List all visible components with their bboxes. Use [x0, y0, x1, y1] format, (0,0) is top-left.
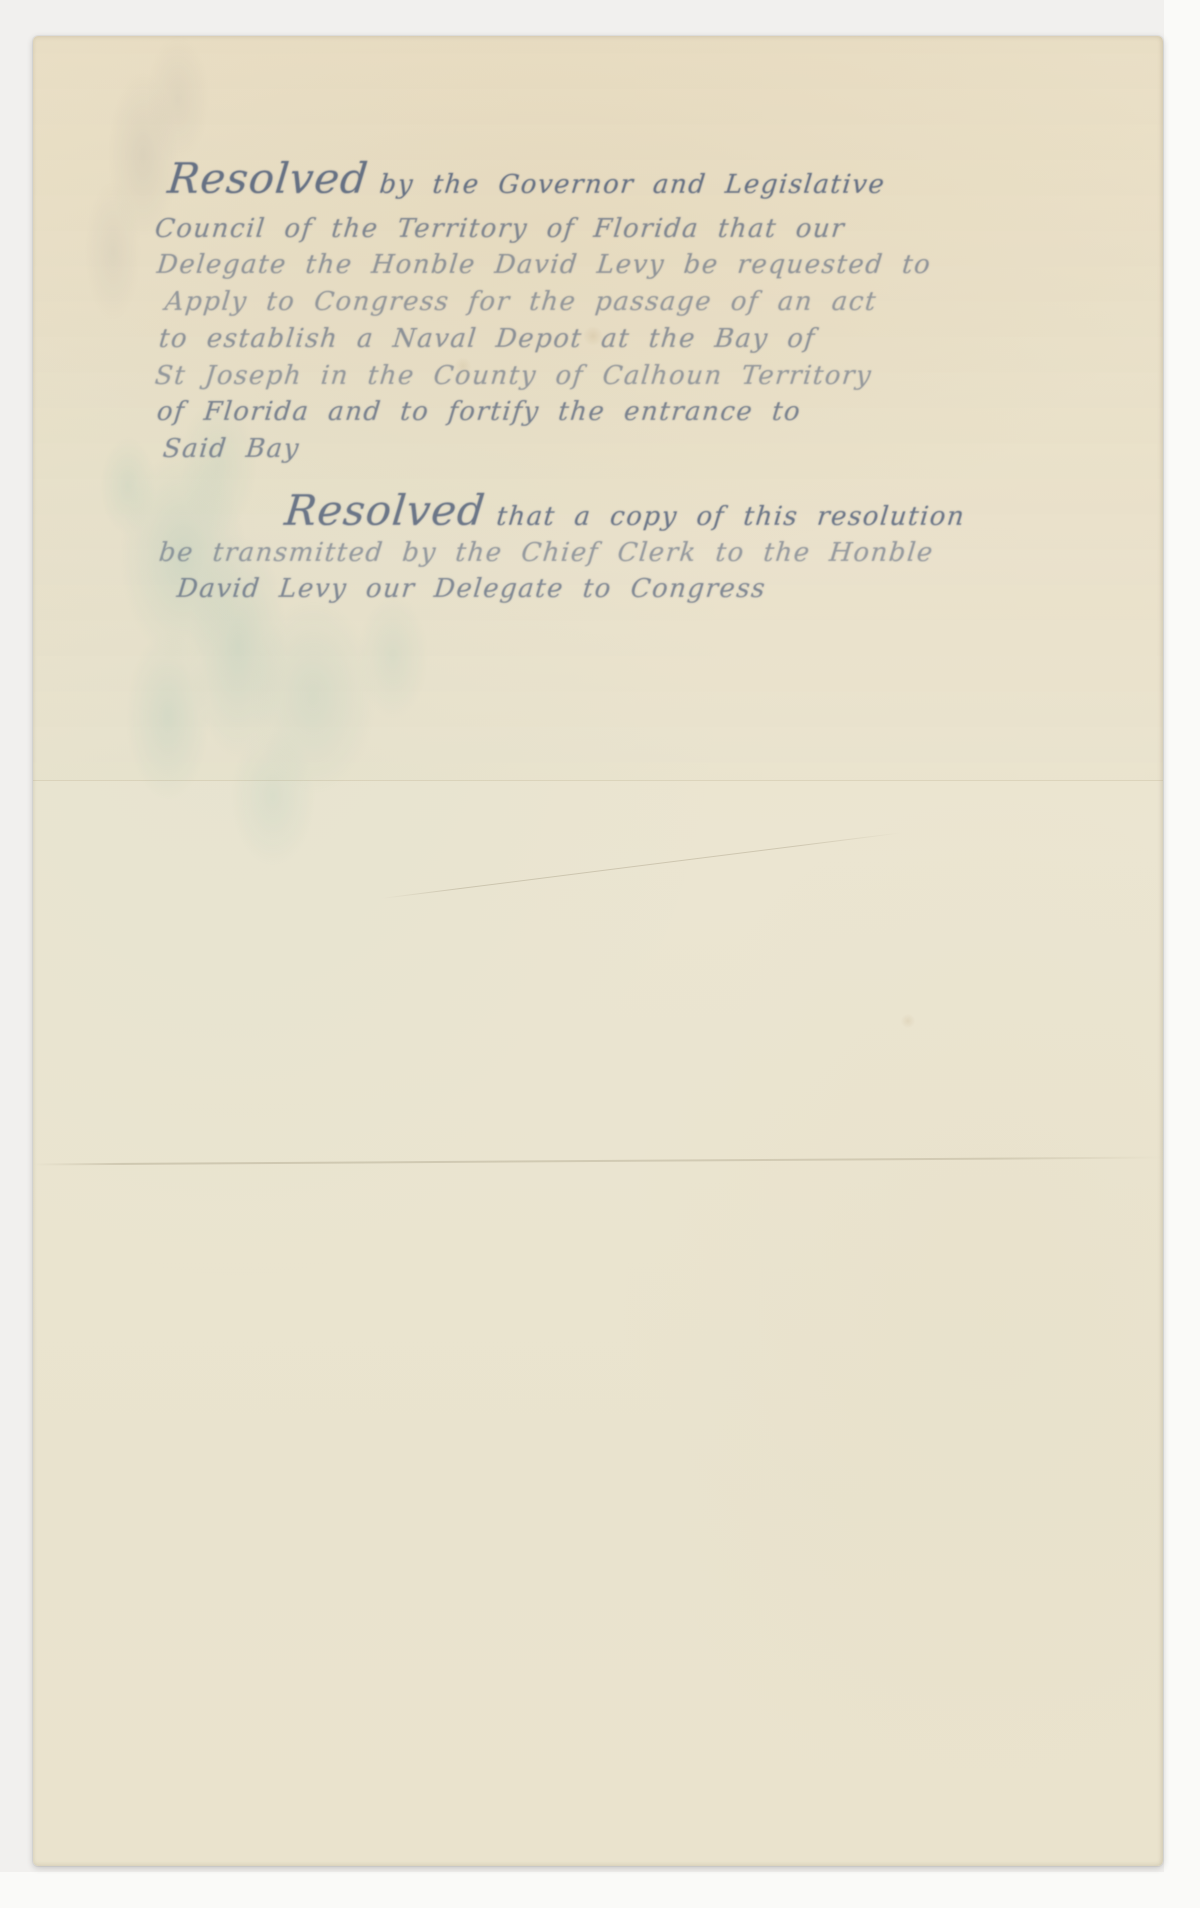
handwriting-line: David Levy our Delegate to Congress	[175, 574, 767, 604]
handwriting-line: Council of the Territory of Florida that…	[153, 214, 846, 244]
handwriting-line: Apply to Congress for the passage of an …	[163, 287, 878, 317]
handwriting-line: to establish a Naval Depot at the Bay of	[157, 324, 817, 354]
handwriting-lead-word: Resolved	[282, 486, 487, 535]
scan-backing-right	[1164, 0, 1200, 1908]
handwriting-line: Resolvedby the Governor and Legislative	[165, 154, 888, 203]
handwriting-lead-word: Resolved	[165, 154, 370, 203]
scan-backing-bottom	[0, 1872, 1200, 1908]
handwriting-line: Delegate the Honble David Levy be reques…	[155, 250, 932, 280]
handwriting-line: Said Bay	[161, 434, 301, 464]
handwriting-line: be transmitted by the Chief Clerk to the…	[157, 538, 935, 568]
handwriting-line: St Joseph in the County of Calhoun Terri…	[153, 361, 873, 391]
handwriting-line: Resolvedthat a copy of this resolution	[282, 486, 968, 535]
handwriting-line-text: by the Governor and Legislative	[378, 170, 887, 200]
document-paper: Resolvedby the Governor and Legislative …	[33, 36, 1163, 1866]
handwriting-line-text: that a copy of this resolution	[495, 502, 967, 532]
manuscript-text: Resolvedby the Governor and Legislative …	[33, 36, 1163, 1866]
handwriting-line: of Florida and to fortify the entrance t…	[155, 397, 802, 427]
